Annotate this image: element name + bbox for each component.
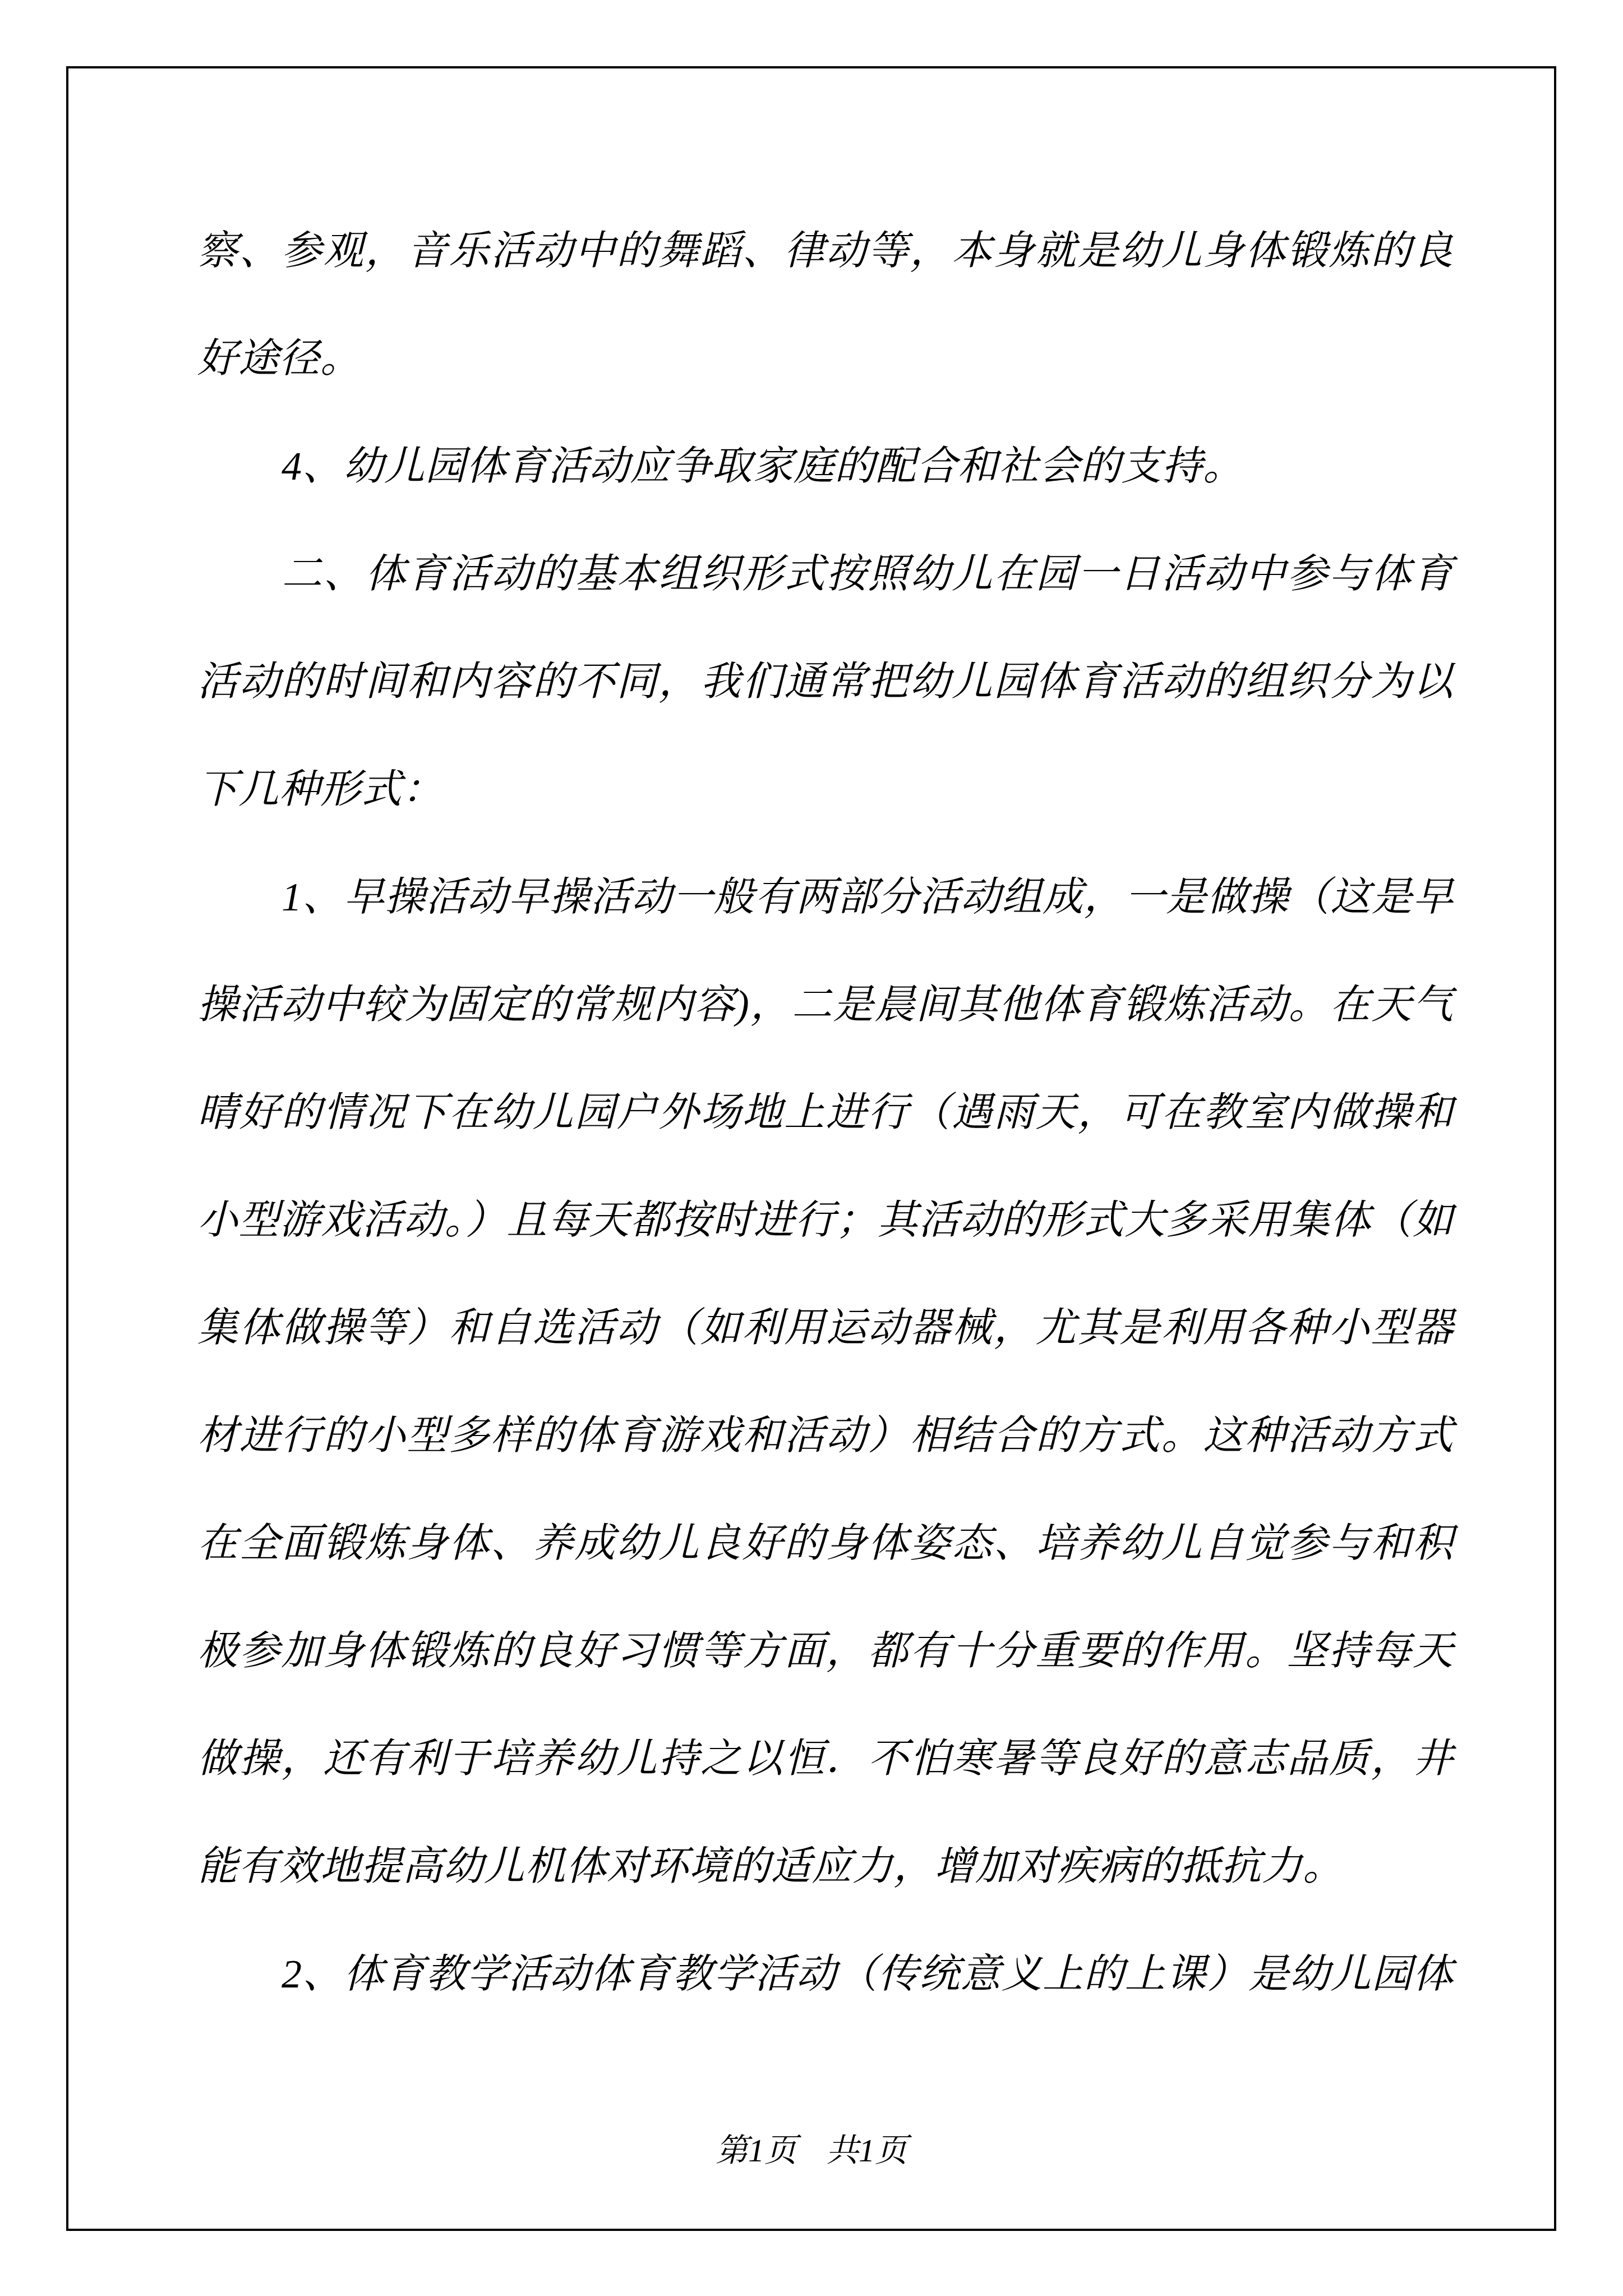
text-line: 好途径。 [197,305,1454,412]
text-line: 4、幼儿园体育活动应争取家庭的配合和社会的支持。 [197,412,1454,520]
text-line: 在全面锻炼身体、养成幼儿良好的身体姿态、培养幼儿自觉参与和积 [197,1489,1454,1597]
text-line: 晴好的情况下在幼儿园户外场地上进行（遇雨天，可在教室内做操和 [197,1059,1454,1166]
text-line: 能有效地提高幼儿机体对环境的适应力，增加对疾病的抵抗力。 [197,1812,1454,1920]
text-line: 集体做操等）和自选活动（如利用运动器械，尤其是利用各种小型器 [197,1274,1454,1382]
document-page: 察、参观，音乐活动中的舞蹈、律动等，本身就是幼儿身体锻炼的良 好途径。 4、幼儿… [0,0,1623,2296]
text-line: 活动的时间和内容的不同，我们通常把幼儿园体育活动的组织分为以 [197,628,1454,735]
text-line: 2、体育教学活动体育教学活动（传统意义上的上课）是幼儿园体 [197,1920,1454,2028]
footer-current-page: 第1页 [716,2132,797,2169]
document-body: 察、参观，音乐活动中的舞蹈、律动等，本身就是幼儿身体锻炼的良 好途径。 4、幼儿… [197,197,1454,2028]
text-line: 做操，还有利于培养幼儿持之以恒．不怕寒暑等良好的意志品质，井 [197,1705,1454,1812]
text-line: 二、体育活动的基本组织形式按照幼儿在园一日活动中参与体育 [197,520,1454,628]
text-line: 小型游戏活动。）且每天都按时进行；其活动的形式大多采用集体（如 [197,1166,1454,1274]
text-line: 察、参观，音乐活动中的舞蹈、律动等，本身就是幼儿身体锻炼的良 [197,197,1454,305]
text-line: 操活动中较为固定的常规内容)，二是晨间其他体育锻炼活动。在天气 [197,951,1454,1059]
footer-total-pages: 共1页 [826,2132,907,2169]
page-footer: 第1页共1页 [0,2131,1623,2171]
text-line: 1、早操活动早操活动一般有两部分活动组成，一是做操（这是早 [197,843,1454,951]
text-line: 下几种形式： [197,735,1454,843]
text-line: 材进行的小型多样的体育游戏和活动）相结合的方式。这种活动方式 [197,1382,1454,1489]
text-line: 极参加身体锻炼的良好习惯等方面，都有十分重要的作用。坚持每天 [197,1597,1454,1705]
